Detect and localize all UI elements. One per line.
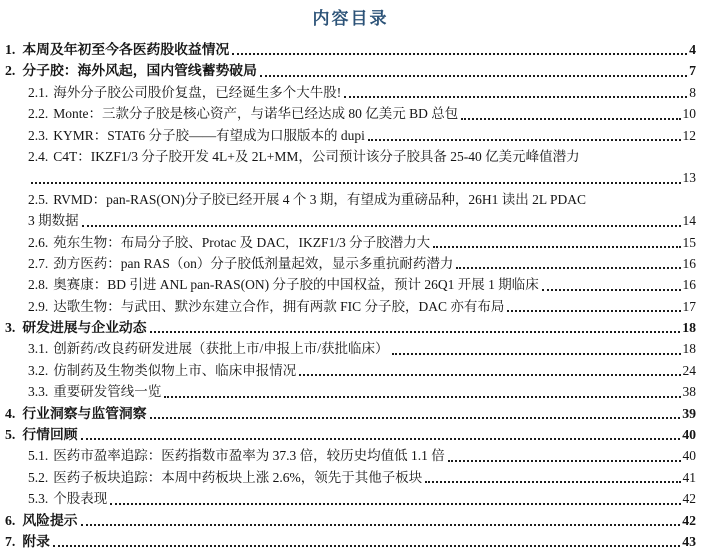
toc-entry-page: 10 [683, 103, 697, 124]
toc-entry: 2.9.达歌生物：与武田、默沙东建立合作，拥有两款 FIC 分子胶，DAC 亦有… [5, 296, 696, 317]
leader-dots [260, 75, 687, 77]
toc-entry-line: 7.附录43 [5, 531, 696, 549]
toc-entry-line: 5.行情回顾40 [5, 424, 696, 445]
toc-title: 内容目录 [5, 7, 696, 31]
toc-entry: 2.7.劲方医药：pan RAS（on）分子胶低剂量起效，显示多重抗耐药潜力16 [5, 253, 696, 274]
toc-entry-page: 7 [689, 60, 696, 81]
toc-entry-line: 5.1.医药市盈率追踪：医药指数市盈率为 37.3 倍，较历史均值低 1.1 倍… [5, 445, 696, 466]
toc-entry-text: 仿制药及生物类似物上市、临床申报情况 [53, 360, 296, 381]
toc-entry-text-continued: 3 期数据 [28, 210, 79, 231]
toc-entry-number: 3.1. [28, 338, 48, 359]
toc-entry-number: 4. [5, 403, 15, 424]
toc-entry-number: 2.2. [28, 103, 48, 124]
toc-entry-text: KYMR：STAT6 分子胶——有望成为口服版本的 dupi [53, 125, 365, 146]
leader-dots [150, 331, 681, 333]
toc-entry: 1.本周及年初至今各医药股收益情况4 [5, 39, 696, 60]
toc-list: 1.本周及年初至今各医药股收益情况42.分子胶：海外风起，国内管线蓄势破局72.… [5, 39, 696, 549]
toc-entry-page: 16 [683, 253, 697, 274]
toc-entry-line: 2.2.Monte：三款分子胶是核心资产，与诺华已经达成 80 亿美元 BD 总… [5, 103, 696, 124]
toc-entry-page: 41 [683, 467, 697, 488]
toc-entry: 3.2.仿制药及生物类似物上市、临床申报情况24 [5, 360, 696, 381]
toc-entry-text: 海外分子胶公司股价复盘，已经诞生多个大牛股! [53, 82, 341, 103]
toc-entry-page: 8 [689, 82, 696, 103]
toc-entry: 5.行情回顾40 [5, 424, 696, 445]
toc-entry-line: 4.行业洞察与监管洞察39 [5, 403, 696, 424]
leader-dots [425, 481, 680, 483]
toc-entry-text: Monte：三款分子胶是核心资产，与诺华已经达成 80 亿美元 BD 总包 [53, 103, 458, 124]
toc-entry: 2.2.Monte：三款分子胶是核心资产，与诺华已经达成 80 亿美元 BD 总… [5, 103, 696, 124]
toc-entry: 7.附录43 [5, 531, 696, 549]
document-page: 内容目录 1.本周及年初至今各医药股收益情况42.分子胶：海外风起，国内管线蓄势… [0, 0, 701, 549]
toc-entry-page: 15 [683, 232, 697, 253]
toc-entry-page: 18 [682, 317, 696, 338]
toc-entry-page: 17 [683, 296, 697, 317]
toc-entry-number: 5.2. [28, 467, 48, 488]
toc-entry-line: 1.本周及年初至今各医药股收益情况4 [5, 39, 696, 60]
toc-entry-number: 1. [5, 39, 15, 60]
toc-entry-number: 3.3. [28, 381, 48, 402]
toc-entry-text: 本周及年初至今各医药股收益情况 [22, 39, 229, 60]
toc-entry-page: 38 [683, 381, 697, 402]
toc-entry-page: 16 [683, 274, 697, 295]
toc-entry-number: 2.6. [28, 232, 48, 253]
toc-entry-text: 创新药/改良药研发进展（获批上市/申报上市/获批临床） [53, 338, 388, 359]
toc-entry: 6.风险提示42 [5, 510, 696, 531]
leader-dots [344, 96, 687, 98]
toc-entry: 5.1.医药市盈率追踪：医药指数市盈率为 37.3 倍，较历史均值低 1.1 倍… [5, 445, 696, 466]
leader-dots [81, 524, 681, 526]
toc-entry-line: 3.1.创新药/改良药研发进展（获批上市/申报上市/获批临床）18 [5, 338, 696, 359]
toc-entry-page: 42 [683, 488, 697, 509]
toc-entry-line: 3.研发进展与企业动态18 [5, 317, 696, 338]
leader-dots [53, 545, 680, 547]
toc-entry-text: 附录 [22, 531, 50, 549]
toc-entry-line: 2.9.达歌生物：与武田、默沙东建立合作，拥有两款 FIC 分子胶，DAC 亦有… [5, 296, 696, 317]
toc-entry-number: 2.9. [28, 296, 48, 317]
toc-entry-line: 3.2.仿制药及生物类似物上市、临床申报情况24 [5, 360, 696, 381]
toc-entry-page: 14 [683, 210, 697, 231]
toc-entry-number: 2.1. [28, 82, 48, 103]
toc-entry: 2.5.RVMD：pan-RAS(ON)分子胶已经开展 4 个 3 期，有望成为… [5, 189, 696, 232]
toc-entry: 4.行业洞察与监管洞察39 [5, 403, 696, 424]
toc-entry-number: 2.8. [28, 274, 48, 295]
leader-dots [82, 225, 681, 227]
toc-entry-number: 2.7. [28, 253, 48, 274]
toc-entry-line: 2.分子胶：海外风起，国内管线蓄势破局7 [5, 60, 696, 81]
leader-dots [368, 139, 681, 141]
toc-entry: 2.6.苑东生物：布局分子胶、Protac 及 DAC，IKZF1/3 分子胶潜… [5, 232, 696, 253]
toc-entry-text: 医药子板块追踪：本周中药板块上涨 2.6%，领先于其他子板块 [53, 467, 422, 488]
toc-entry-text: 达歌生物：与武田、默沙东建立合作，拥有两款 FIC 分子胶，DAC 亦有布局 [53, 296, 504, 317]
toc-entry-number: 2. [5, 60, 15, 81]
toc-entry-text: 重要研发管线一览 [53, 381, 161, 402]
leader-dots [448, 460, 681, 462]
toc-entry-page: 12 [683, 125, 697, 146]
leader-dots [461, 118, 680, 120]
leader-dots [456, 267, 680, 269]
leader-dots [81, 438, 681, 440]
leader-dots [31, 182, 681, 184]
toc-entry: 2.1.海外分子胶公司股价复盘，已经诞生多个大牛股!8 [5, 82, 696, 103]
toc-entry-page: 40 [683, 445, 697, 466]
toc-entry-line: 2.8.奥赛康：BD 引进 ANL pan-RAS(ON) 分子胶的中国权益，预… [5, 274, 696, 295]
toc-entry-line: 5.2.医药子板块追踪：本周中药板块上涨 2.6%，领先于其他子板块41 [5, 467, 696, 488]
leader-dots [150, 417, 681, 419]
leader-dots [542, 289, 681, 291]
toc-entry-text: 行情回顾 [22, 424, 77, 445]
toc-entry-page: 40 [682, 424, 696, 445]
toc-entry-line: 6.风险提示42 [5, 510, 696, 531]
leader-dots [164, 396, 680, 398]
toc-entry-number: 5. [5, 424, 15, 445]
toc-entry-number: 2.5. [28, 189, 48, 210]
toc-entry-number: 2.4. [28, 146, 48, 167]
toc-entry-number: 7. [5, 531, 15, 549]
toc-entry-number: 6. [5, 510, 15, 531]
leader-dots [507, 310, 680, 312]
toc-entry-line: 3.3.重要研发管线一览38 [5, 381, 696, 402]
toc-entry-line: 2.6.苑东生物：布局分子胶、Protac 及 DAC，IKZF1/3 分子胶潜… [5, 232, 696, 253]
toc-entry-line: 2.1.海外分子胶公司股价复盘，已经诞生多个大牛股!8 [5, 82, 696, 103]
toc-entry-text: 个股表现 [53, 488, 107, 509]
toc-entry-continuation-line: 13 [5, 167, 696, 188]
toc-entry-text: C4T：IKZF1/3 分子胶开发 4L+及 2L+MM，公司预计该分子胶具备 … [53, 146, 696, 167]
toc-entry-text: 奥赛康：BD 引进 ANL pan-RAS(ON) 分子胶的中国权益，预计 26… [53, 274, 539, 295]
toc-entry-page: 42 [682, 510, 696, 531]
toc-entry: 5.3.个股表现42 [5, 488, 696, 509]
toc-entry-text: 苑东生物：布局分子胶、Protac 及 DAC，IKZF1/3 分子胶潜力大 [53, 232, 430, 253]
toc-entry-text: 行业洞察与监管洞察 [22, 403, 146, 424]
toc-entry-text: 医药市盈率追踪：医药指数市盈率为 37.3 倍，较历史均值低 1.1 倍 [53, 445, 445, 466]
toc-entry-text: 分子胶：海外风起，国内管线蓄势破局 [22, 60, 257, 81]
leader-dots [299, 374, 680, 376]
toc-entry: 5.2.医药子板块追踪：本周中药板块上涨 2.6%，领先于其他子板块41 [5, 467, 696, 488]
toc-entry-line: 2.5.RVMD：pan-RAS(ON)分子胶已经开展 4 个 3 期，有望成为… [5, 189, 696, 210]
toc-entry: 2.4.C4T：IKZF1/3 分子胶开发 4L+及 2L+MM，公司预计该分子… [5, 146, 696, 189]
toc-entry-page: 4 [689, 39, 696, 60]
toc-entry: 2.8.奥赛康：BD 引进 ANL pan-RAS(ON) 分子胶的中国权益，预… [5, 274, 696, 295]
toc-entry-line: 2.3.KYMR：STAT6 分子胶——有望成为口服版本的 dupi12 [5, 125, 696, 146]
toc-entry-page: 18 [683, 338, 697, 359]
toc-entry-line: 2.4.C4T：IKZF1/3 分子胶开发 4L+及 2L+MM，公司预计该分子… [5, 146, 696, 167]
toc-entry-page: 43 [682, 531, 696, 549]
toc-entry: 2.分子胶：海外风起，国内管线蓄势破局7 [5, 60, 696, 81]
leader-dots [392, 353, 681, 355]
toc-entry-number: 5.1. [28, 445, 48, 466]
toc-entry-text: 劲方医药：pan RAS（on）分子胶低剂量起效，显示多重抗耐药潜力 [53, 253, 453, 274]
toc-entry: 3.1.创新药/改良药研发进展（获批上市/申报上市/获批临床）18 [5, 338, 696, 359]
toc-entry-number: 2.3. [28, 125, 48, 146]
toc-entry-text: 风险提示 [22, 510, 77, 531]
leader-dots [232, 53, 687, 55]
toc-entry-page: 13 [683, 167, 697, 188]
toc-entry-text: RVMD：pan-RAS(ON)分子胶已经开展 4 个 3 期，有望成为重磅品种… [53, 189, 696, 210]
toc-entry: 3.研发进展与企业动态18 [5, 317, 696, 338]
toc-entry-text: 研发进展与企业动态 [22, 317, 146, 338]
toc-entry-number: 3. [5, 317, 15, 338]
toc-entry-page: 24 [683, 360, 697, 381]
leader-dots [433, 246, 680, 248]
toc-entry-number: 3.2. [28, 360, 48, 381]
toc-entry-page: 39 [682, 403, 696, 424]
toc-entry: 3.3.重要研发管线一览38 [5, 381, 696, 402]
toc-entry-line: 5.3.个股表现42 [5, 488, 696, 509]
toc-entry-continuation-line: 3 期数据14 [5, 210, 696, 231]
toc-entry-number: 5.3. [28, 488, 48, 509]
toc-entry: 2.3.KYMR：STAT6 分子胶——有望成为口服版本的 dupi12 [5, 125, 696, 146]
toc-entry-line: 2.7.劲方医药：pan RAS（on）分子胶低剂量起效，显示多重抗耐药潜力16 [5, 253, 696, 274]
leader-dots [110, 503, 680, 505]
